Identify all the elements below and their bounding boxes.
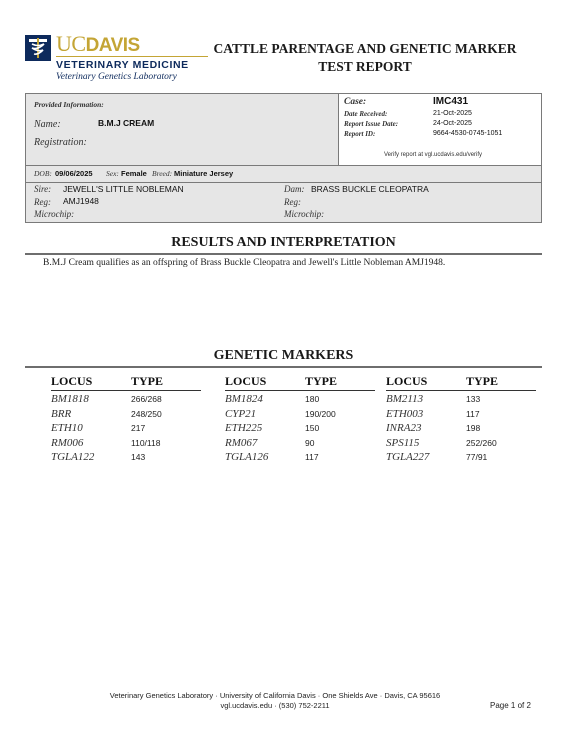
results-interpretation-text: B.M.J Cream qualifies as an offspring of… xyxy=(43,258,445,268)
report-issue-date-label: Report Issue Date: xyxy=(344,120,398,128)
marker-type: 180 xyxy=(305,394,319,404)
marker-locus: ETH10 xyxy=(51,422,83,434)
date-received-label: Date Received: xyxy=(344,110,387,118)
name-label: Name: xyxy=(34,119,61,130)
marker-locus: TGLA122 xyxy=(51,451,94,463)
marker-locus: BM1824 xyxy=(225,393,263,405)
type-header: TYPE xyxy=(131,374,163,389)
dam-label: Dam: xyxy=(284,184,305,194)
report-id-label: Report ID: xyxy=(344,130,375,138)
marker-type: 266/268 xyxy=(131,394,162,404)
marker-column: LOCUSTYPEBM2113133ETH003117INRA23198SPS1… xyxy=(386,374,536,464)
caduceus-shield-icon xyxy=(25,35,51,61)
marker-locus: RM006 xyxy=(51,437,83,449)
dam-microchip-label: Microchip: xyxy=(284,209,324,219)
marker-row: ETH225150 xyxy=(225,420,375,435)
marker-column-header: LOCUSTYPE xyxy=(386,374,536,391)
verify-report-link[interactable]: Verify report at vgl.ucdavis.edu/verify xyxy=(384,152,482,158)
report-id-value: 9664-4530-0745-1051 xyxy=(433,130,502,137)
marker-locus: BM1818 xyxy=(51,393,89,405)
sex-label: Sex: xyxy=(106,169,119,178)
marker-row: BM1818266/268 xyxy=(51,391,201,406)
marker-locus: ETH003 xyxy=(386,408,423,420)
genetic-markers-divider xyxy=(25,366,542,368)
marker-locus: TGLA126 xyxy=(225,451,268,463)
breed-value: Miniature Jersey xyxy=(174,169,233,178)
marker-row: TGLA126117 xyxy=(225,449,375,464)
report-title-line-2: TEST REPORT xyxy=(195,58,535,76)
marker-column: LOCUSTYPEBM1824180CYP21190/200ETH225150R… xyxy=(225,374,375,464)
marker-locus: RM067 xyxy=(225,437,257,449)
animal-info-box: Provided Information: Name: B.M.J CREAM … xyxy=(25,93,542,223)
date-received-value: 21-Oct-2025 xyxy=(433,110,472,117)
animal-name-value: B.M.J CREAM xyxy=(98,118,154,128)
sire-microchip-label: Microchip: xyxy=(34,209,74,219)
marker-row: TGLA122143 xyxy=(51,449,201,464)
marker-column: LOCUSTYPEBM1818266/268BRR248/250ETH10217… xyxy=(51,374,201,464)
report-issue-date-value: 24-Oct-2025 xyxy=(433,120,472,127)
marker-column-header: LOCUSTYPE xyxy=(225,374,375,391)
provided-information-panel: Provided Information: Name: B.M.J CREAM … xyxy=(26,94,339,165)
dam-name-value: BRASS BUCKLE CLEOPATRA xyxy=(311,184,429,194)
marker-type: 133 xyxy=(466,394,480,404)
marker-row: BM1824180 xyxy=(225,391,375,406)
logo-divider xyxy=(56,56,208,57)
marker-row: SPS115252/260 xyxy=(386,435,536,450)
case-panel: Case: IMC431 Date Received: 21-Oct-2025 … xyxy=(339,94,541,165)
marker-row: ETH003117 xyxy=(386,406,536,421)
marker-type: 143 xyxy=(131,452,145,462)
sire-name-value: JEWELL'S LITTLE NOBLEMAN xyxy=(63,184,184,194)
marker-type: 150 xyxy=(305,423,319,433)
logo-uc-text: UC xyxy=(56,31,86,56)
report-title: CATTLE PARENTAGE AND GENETIC MARKER TEST… xyxy=(195,40,535,76)
case-number: IMC431 xyxy=(433,96,468,107)
marker-type: 77/91 xyxy=(466,452,487,462)
marker-type: 117 xyxy=(305,452,319,462)
registration-label: Registration: xyxy=(34,137,87,148)
results-section-title: RESULTS AND INTERPRETATION xyxy=(25,235,542,251)
type-header: TYPE xyxy=(305,374,337,389)
breed-label: Breed: xyxy=(152,169,172,178)
marker-type: 217 xyxy=(131,423,145,433)
locus-header: LOCUS xyxy=(225,374,266,389)
sex-value: Female xyxy=(121,169,147,178)
marker-type: 190/200 xyxy=(305,409,336,419)
sire-reg-value: AMJ1948 xyxy=(63,196,99,206)
results-divider xyxy=(25,253,542,255)
page-number: Page 1 of 2 xyxy=(490,701,531,710)
marker-row: CYP21190/200 xyxy=(225,406,375,421)
logo-davis-text: DAVIS xyxy=(86,35,140,56)
marker-column-header: LOCUSTYPE xyxy=(51,374,201,391)
marker-locus: SPS115 xyxy=(386,437,419,449)
dob-value: 09/06/2025 xyxy=(55,169,93,178)
marker-locus: CYP21 xyxy=(225,408,256,420)
marker-type: 252/260 xyxy=(466,438,497,448)
marker-row: TGLA22777/91 xyxy=(386,449,536,464)
marker-type: 90 xyxy=(305,438,314,448)
marker-type: 248/250 xyxy=(131,409,162,419)
marker-locus: INRA23 xyxy=(386,422,421,434)
marker-type: 198 xyxy=(466,423,480,433)
locus-header: LOCUS xyxy=(386,374,427,389)
sire-reg-label: Reg: xyxy=(34,197,51,207)
type-header: TYPE xyxy=(466,374,498,389)
logo-lab-name: Veterinary Genetics Laboratory xyxy=(56,72,177,82)
dam-reg-label: Reg: xyxy=(284,197,301,207)
parents-section: Sire: JEWELL'S LITTLE NOBLEMAN Reg: AMJ1… xyxy=(26,182,541,222)
marker-row: INRA23198 xyxy=(386,420,536,435)
marker-locus: ETH225 xyxy=(225,422,262,434)
genetic-markers-title: GENETIC MARKERS xyxy=(25,348,542,364)
footer: Veterinary Genetics Laboratory · Univers… xyxy=(60,691,490,711)
marker-type: 117 xyxy=(466,409,480,419)
marker-row: BM2113133 xyxy=(386,391,536,406)
locus-header: LOCUS xyxy=(51,374,92,389)
marker-row: RM006110/118 xyxy=(51,435,201,450)
footer-address: Veterinary Genetics Laboratory · Univers… xyxy=(60,691,490,701)
logo-wordmark: UCDAVIS xyxy=(56,32,140,58)
logo-school-name: VETERINARY MEDICINE xyxy=(56,59,189,71)
animal-details-row: DOB: 09/06/2025 Sex: Female Breed: Minia… xyxy=(26,165,541,183)
marker-row: ETH10217 xyxy=(51,420,201,435)
report-title-line-1: CATTLE PARENTAGE AND GENETIC MARKER xyxy=(195,40,535,58)
marker-row: RM06790 xyxy=(225,435,375,450)
ucdavis-vet-med-logo: UCDAVIS VETERINARY MEDICINE Veterinary G… xyxy=(25,35,195,83)
marker-row: BRR248/250 xyxy=(51,406,201,421)
footer-contact: vgl.ucdavis.edu · (530) 752-2211 xyxy=(60,701,490,711)
dob-label: DOB: xyxy=(34,169,52,178)
marker-locus: BRR xyxy=(51,408,71,420)
case-label: Case: xyxy=(344,97,366,107)
provided-information-heading: Provided Information: xyxy=(34,100,104,109)
marker-locus: TGLA227 xyxy=(386,451,429,463)
sire-label: Sire: xyxy=(34,184,51,194)
marker-type: 110/118 xyxy=(131,438,160,448)
marker-locus: BM2113 xyxy=(386,393,423,405)
